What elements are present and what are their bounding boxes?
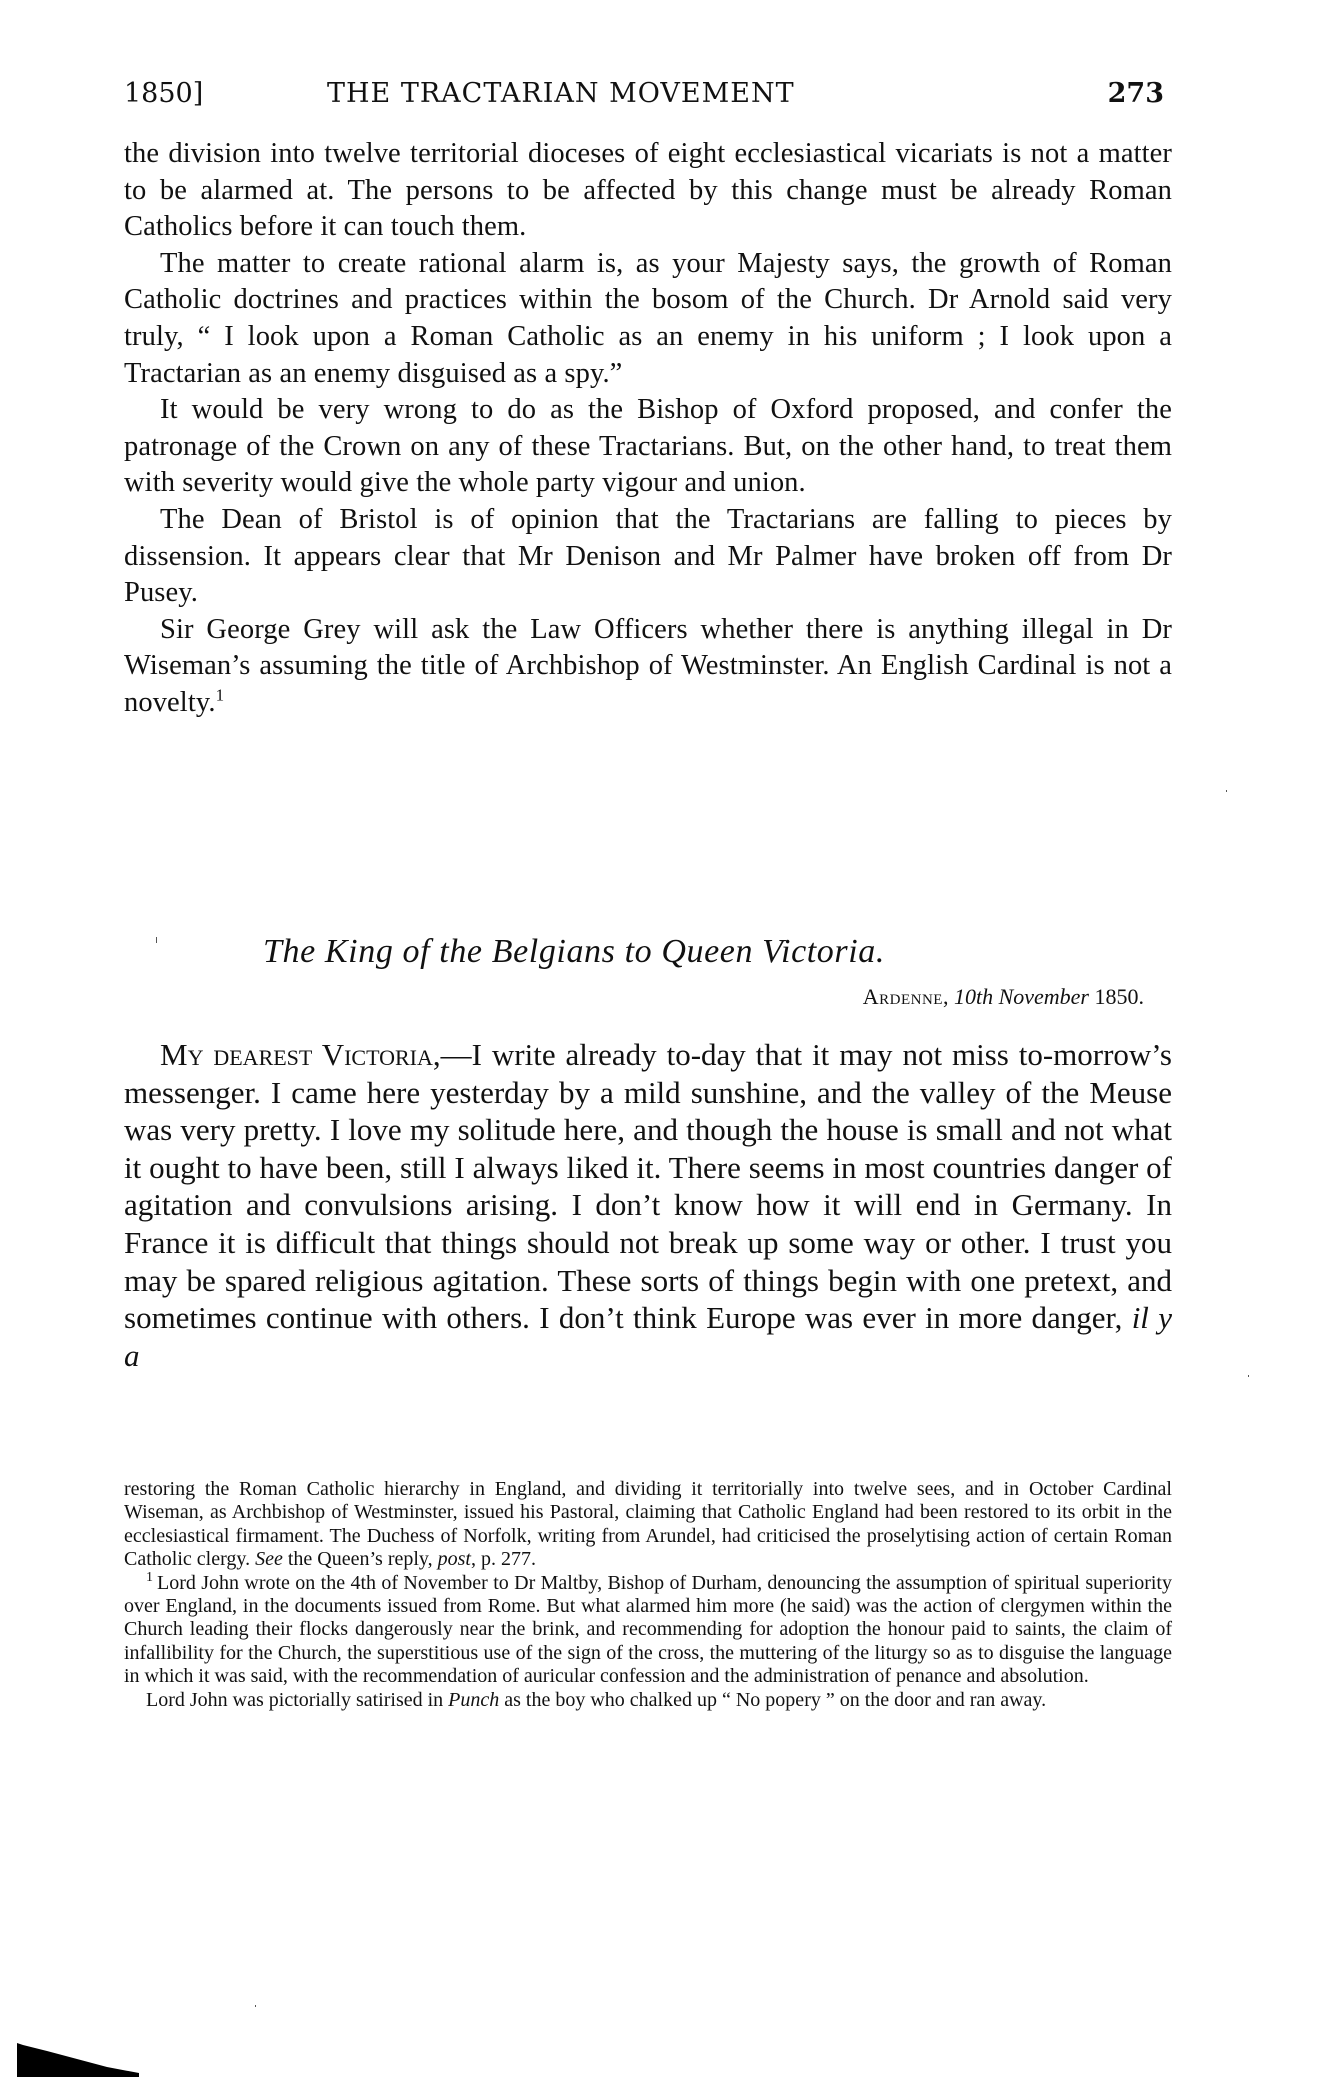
footnote-1: 1Lord John wrote on the 4th of November … bbox=[124, 1572, 1172, 1689]
scan-speck bbox=[1226, 790, 1227, 792]
scan-speck bbox=[255, 2005, 256, 2007]
footnote-text: Lord John wrote on the 4th of November t… bbox=[124, 1572, 1172, 1688]
letter-heading: The King of the Belgians to Queen Victor… bbox=[263, 930, 885, 974]
footnote-see: See bbox=[255, 1548, 283, 1570]
letter-place: Ardenne bbox=[863, 984, 943, 1009]
footnote-post: post bbox=[438, 1548, 471, 1570]
letter-date: 10th November bbox=[954, 984, 1089, 1009]
footnote-1-continued: Lord John was pictorially satirised in P… bbox=[124, 1689, 1172, 1712]
running-head-year: 1850] bbox=[124, 74, 203, 114]
footnote-text: as the boy who chalked up “ No popery ” … bbox=[499, 1689, 1046, 1711]
scan-speck bbox=[156, 937, 157, 943]
paragraph: It would be very wrong to do as the Bish… bbox=[124, 392, 1172, 502]
footnotes: restoring the Roman Catholic hierarchy i… bbox=[124, 1478, 1172, 1712]
scan-speck bbox=[1248, 1375, 1249, 1377]
letter-year: 1850. bbox=[1089, 984, 1144, 1009]
running-head: 1850] THE TRACTARIAN MOVEMENT 273 bbox=[124, 74, 1164, 114]
scan-artifact-wedge bbox=[17, 2043, 139, 2077]
footnote-text: the Queen’s reply, bbox=[283, 1548, 438, 1570]
footnote-continued: restoring the Roman Catholic hierarchy i… bbox=[124, 1478, 1172, 1572]
paragraph: the division into twelve territorial dio… bbox=[124, 136, 1172, 246]
footnote-text: , p. 277. bbox=[471, 1548, 536, 1570]
letter-dateline: Ardenne, 10th November 1850. bbox=[863, 983, 1144, 1011]
running-head-title: THE TRACTARIAN MOVEMENT bbox=[327, 74, 795, 114]
dateline-separator: , bbox=[943, 984, 954, 1009]
letter-paragraph: My dearest Victoria,—I write already to-… bbox=[124, 1036, 1172, 1374]
page-number: 273 bbox=[1108, 74, 1164, 114]
salutation: My dearest Victoria, bbox=[160, 1037, 441, 1072]
paragraph-with-footnote: Sir George Grey will ask the Law Officer… bbox=[124, 612, 1172, 722]
footnote-punch: Punch bbox=[448, 1689, 499, 1711]
paragraph: The Dean of Bristol is of opinion that t… bbox=[124, 502, 1172, 612]
book-page: 1850] THE TRACTARIAN MOVEMENT 273 the di… bbox=[0, 0, 1334, 2077]
paragraph-text: Sir George Grey will ask the Law Officer… bbox=[124, 614, 1172, 718]
paragraph: The matter to create rational alarm is, … bbox=[124, 246, 1172, 392]
footnote-reference[interactable]: 1 bbox=[216, 685, 225, 704]
letter-body: My dearest Victoria,—I write already to-… bbox=[124, 1036, 1172, 1374]
letter-text: —I write already to-day that it may not … bbox=[124, 1037, 1172, 1335]
preceding-letter-text: the division into twelve territorial dio… bbox=[124, 136, 1172, 722]
footnote-text: Lord John was pictorially satirised in bbox=[146, 1689, 448, 1711]
footnote-marker: 1 bbox=[146, 1570, 153, 1585]
